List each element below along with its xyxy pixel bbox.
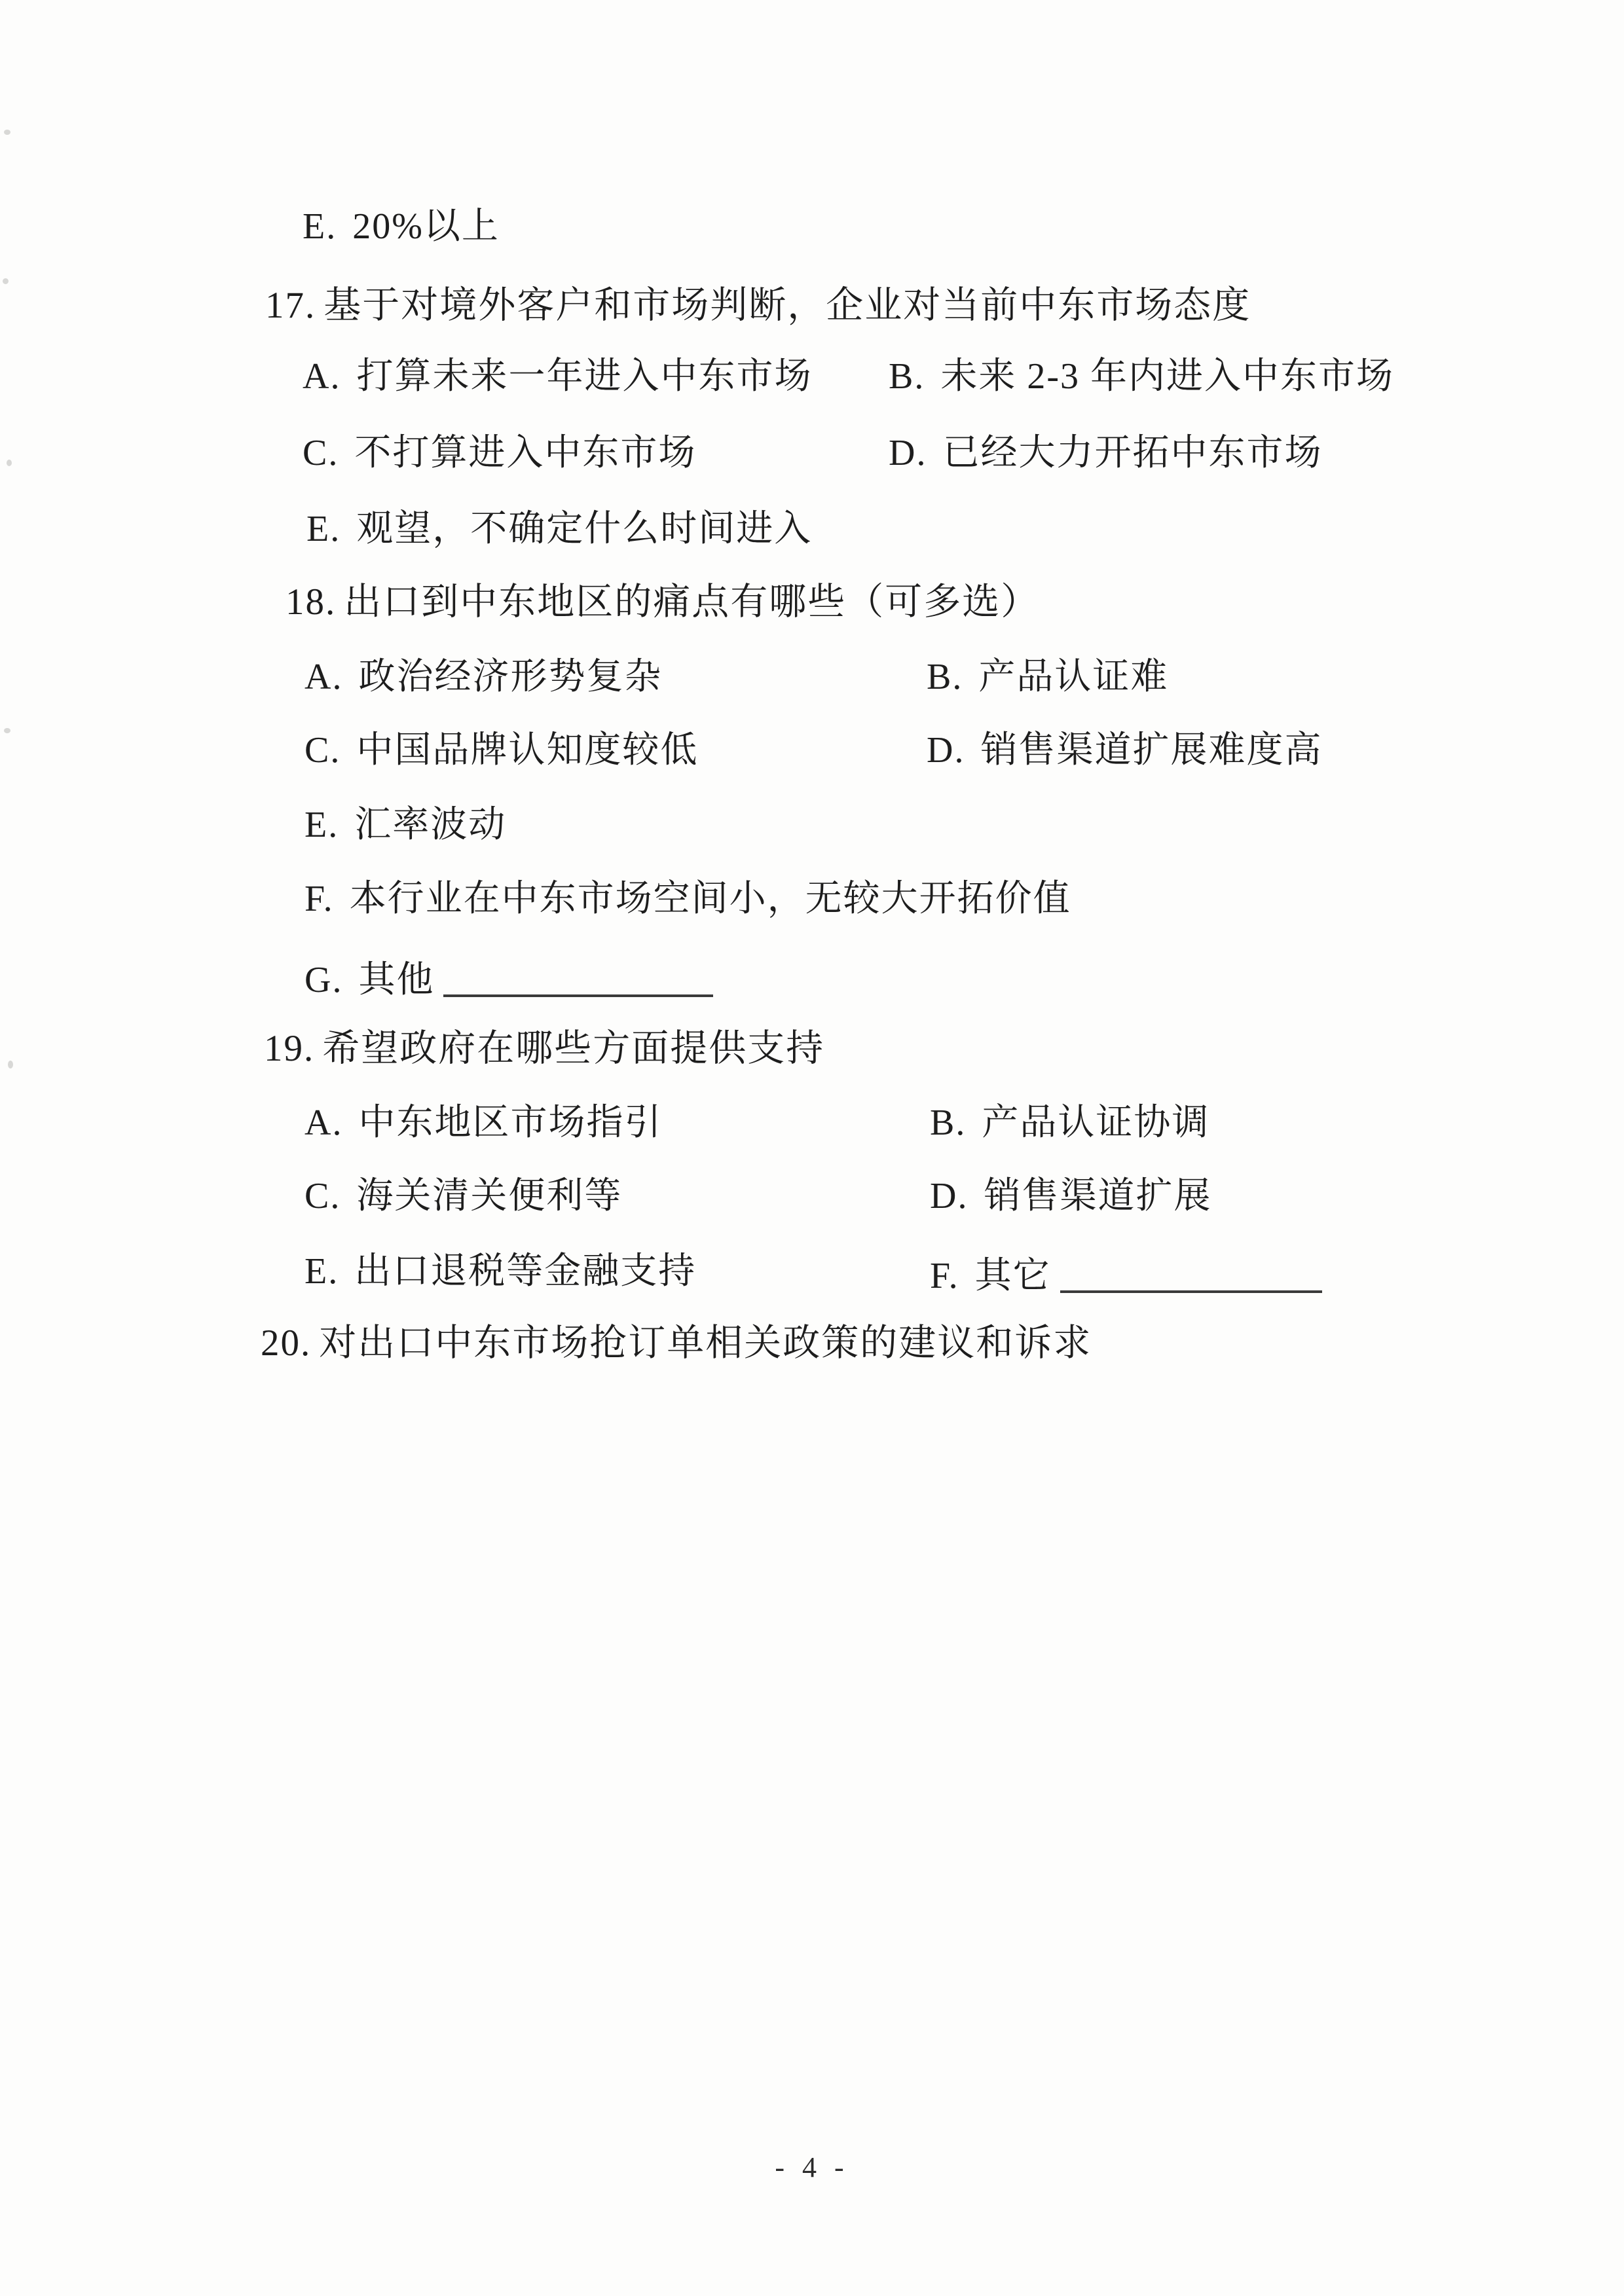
option-letter: F. xyxy=(304,876,334,922)
scan-artifact xyxy=(8,1061,13,1068)
q18-option-f: F.本行业在中东市场空间小，无较大开拓价值 xyxy=(304,876,1071,922)
q17-option-b: B.未来 2-3 年内进入中东市场 xyxy=(889,354,1394,399)
option-letter: A. xyxy=(304,654,342,700)
question-text: 出口到中东地区的痛点有哪些（可多选） xyxy=(344,581,1039,623)
option-text: 观望，不确定什么时间进入 xyxy=(356,509,812,549)
option-text: 打算未来一年进入中东市场 xyxy=(356,356,812,397)
question-20-title: 20.对出口中东市场抢订单相关政策的建议和诉求 xyxy=(261,1321,1092,1366)
option-letter: E. xyxy=(304,1248,339,1294)
option-text: 中东地区市场指引 xyxy=(358,1102,662,1143)
option-letter: D. xyxy=(930,1173,968,1219)
option-text: 中国品牌认知度较低 xyxy=(356,730,698,771)
scan-artifact xyxy=(7,460,12,466)
question-number: 18. xyxy=(286,581,336,623)
question-text: 基于对境外客户和市场判断，企业对当前中东市场态度 xyxy=(323,285,1251,326)
option-letter: D. xyxy=(927,727,965,773)
option-text: 其他 xyxy=(358,960,434,1000)
q17-option-a: A.打算未来一年进入中东市场 xyxy=(303,354,812,399)
fill-in-blank-line xyxy=(443,958,713,997)
q18-option-b: B.产品认证难 xyxy=(927,654,1168,700)
option-text: 其它 xyxy=(975,1256,1051,1296)
option-letter: B. xyxy=(927,654,963,700)
option-letter: C. xyxy=(303,430,339,476)
option-text: 未来 2-3 年内进入中东市场 xyxy=(940,356,1394,397)
question-number: 17. xyxy=(265,285,316,326)
option-text: 20%以上 xyxy=(352,206,500,247)
scan-artifact xyxy=(3,278,9,284)
q18-option-a: A.政治经济形势复杂 xyxy=(304,654,662,700)
q18-option-g: G.其他 xyxy=(304,953,713,1003)
option-text: 销售渠道扩展难度高 xyxy=(980,730,1322,771)
option-text: 销售渠道扩展 xyxy=(984,1176,1211,1216)
option-text: 不打算进入中东市场 xyxy=(354,433,696,473)
q19-option-f: F.其它 xyxy=(930,1248,1322,1299)
option-text: 政治经济形势复杂 xyxy=(358,657,662,697)
q18-option-c: C.中国品牌认知度较低 xyxy=(304,727,698,773)
option-text: 海关清关便利等 xyxy=(356,1176,622,1216)
option-letter: F. xyxy=(930,1253,959,1299)
q18-option-e: E.汇率波动 xyxy=(304,802,506,848)
option-letter: E. xyxy=(304,802,339,848)
q17-option-e: E.观望，不确定什么时间进入 xyxy=(306,506,812,552)
option-letter: E. xyxy=(303,204,337,249)
option-letter: D. xyxy=(889,430,927,476)
option-text: 产品认证协调 xyxy=(982,1102,1209,1143)
question-19-title: 19.希望政府在哪些方面提供支持 xyxy=(264,1026,824,1072)
q19-option-b: B.产品认证协调 xyxy=(930,1100,1209,1146)
question-text: 对出口中东市场抢订单相关政策的建议和诉求 xyxy=(319,1322,1092,1364)
question-18-title: 18.出口到中东地区的痛点有哪些（可多选） xyxy=(286,579,1039,625)
page-number: - 4 - xyxy=(0,2151,1624,2184)
option-text: 汇率波动 xyxy=(354,805,506,845)
question-number: 19. xyxy=(264,1028,314,1069)
q17-option-d: D.已经大力开拓中东市场 xyxy=(889,430,1322,476)
option-prev-e: E.20%以上 xyxy=(303,204,500,249)
option-text: 本行业在中东市场空间小，无较大开拓价值 xyxy=(350,879,1071,919)
option-text: 出口退税等金融支持 xyxy=(354,1251,696,1292)
scan-artifact xyxy=(4,130,10,135)
question-17-title: 17.基于对境外客户和市场判断，企业对当前中东市场态度 xyxy=(265,283,1251,329)
option-letter: G. xyxy=(304,957,342,1003)
option-letter: B. xyxy=(930,1100,966,1146)
option-letter: C. xyxy=(304,1173,341,1219)
option-letter: A. xyxy=(303,354,341,399)
q19-option-e: E.出口退税等金融支持 xyxy=(304,1248,696,1294)
q19-option-a: A.中东地区市场指引 xyxy=(304,1100,662,1146)
fill-in-blank-line xyxy=(1060,1254,1322,1293)
q19-option-d: D.销售渠道扩展 xyxy=(930,1173,1211,1219)
q17-option-c: C.不打算进入中东市场 xyxy=(303,430,696,476)
option-letter: A. xyxy=(304,1100,342,1146)
scan-artifact xyxy=(4,728,10,733)
option-letter: E. xyxy=(306,506,341,552)
q19-option-c: C.海关清关便利等 xyxy=(304,1173,622,1219)
question-number: 20. xyxy=(261,1322,311,1364)
scanned-questionnaire-page: E.20%以上 17.基于对境外客户和市场判断，企业对当前中东市场态度 A.打算… xyxy=(0,0,1624,2296)
option-text: 已经大力开拓中东市场 xyxy=(942,433,1322,473)
option-letter: B. xyxy=(889,354,925,399)
option-text: 产品认证难 xyxy=(978,657,1168,697)
question-text: 希望政府在哪些方面提供支持 xyxy=(322,1028,824,1069)
q18-option-d: D.销售渠道扩展难度高 xyxy=(927,727,1322,773)
option-letter: C. xyxy=(304,727,341,773)
